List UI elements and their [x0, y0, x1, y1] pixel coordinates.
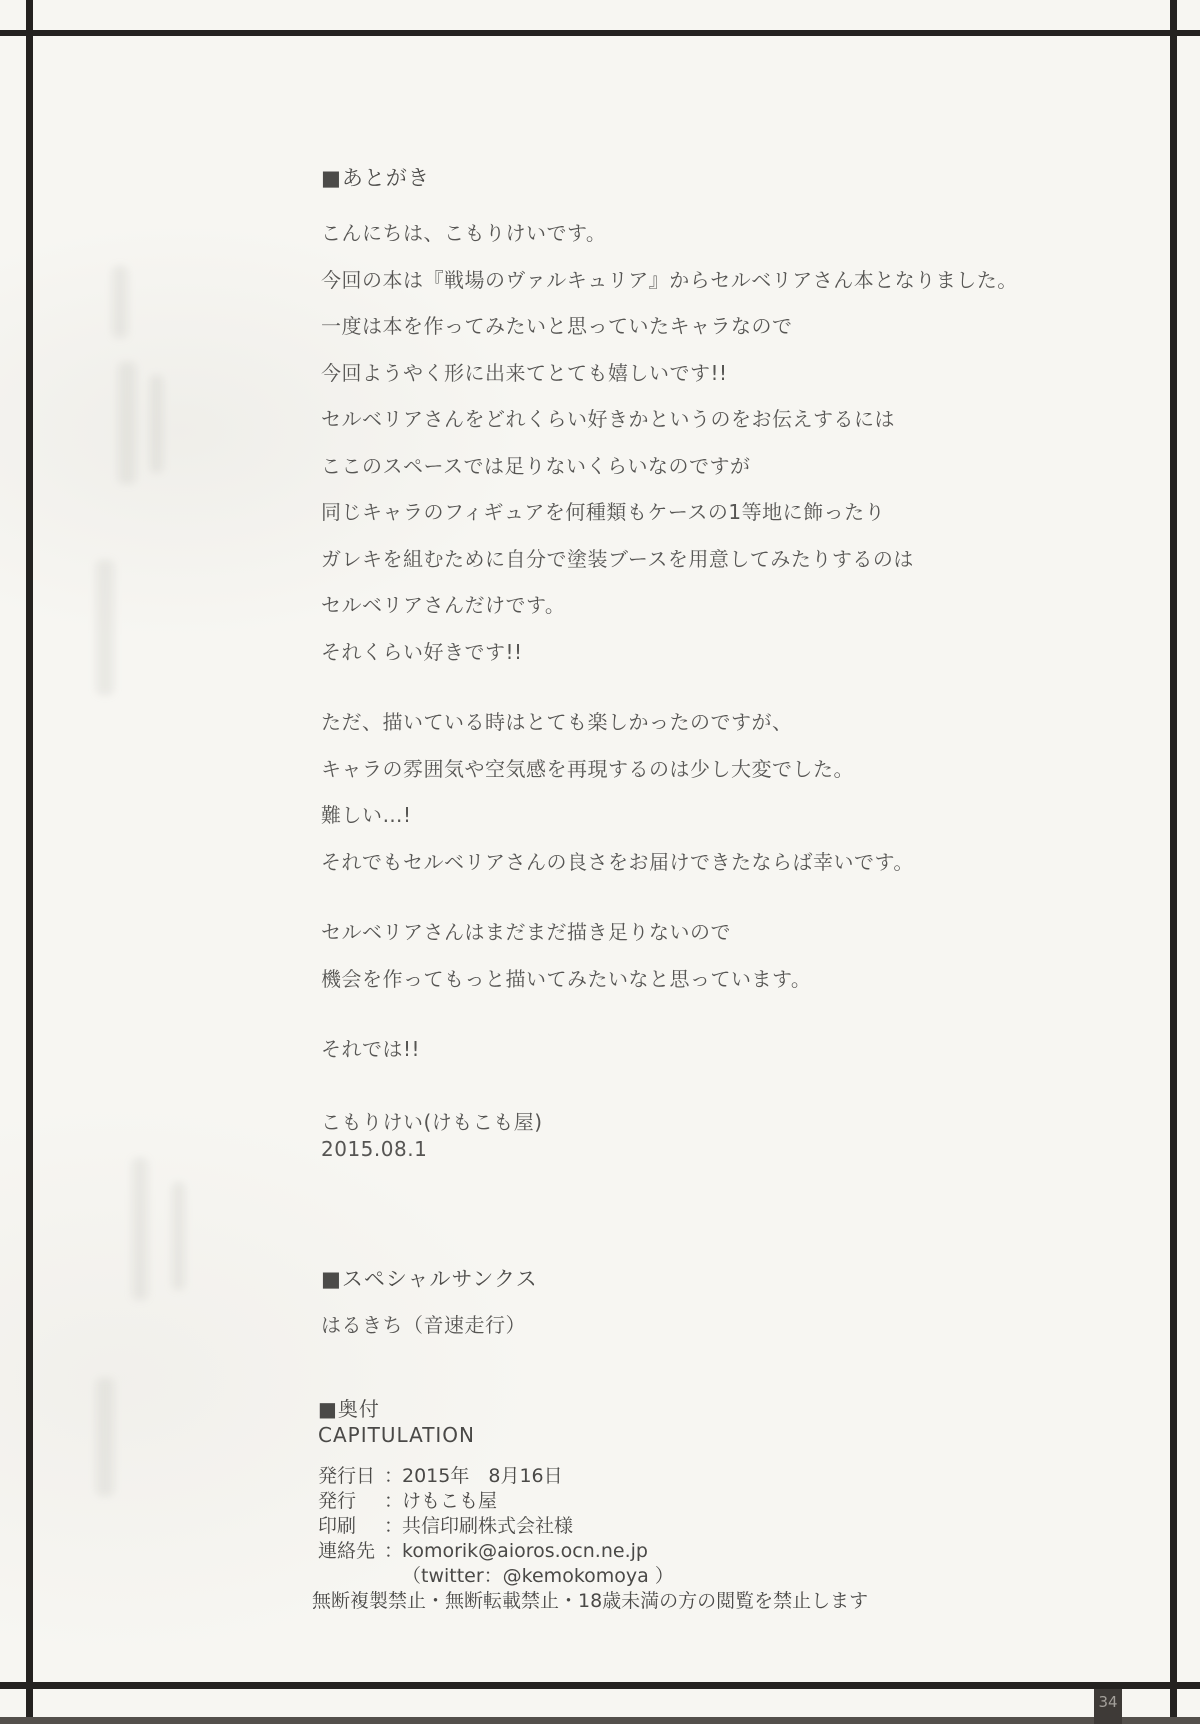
frame-line-right: [1170, 0, 1177, 1724]
colophon-row-twitter: （twitter：@kemokomoya ）: [318, 1564, 958, 1589]
bleed-through-ghosting: [118, 362, 136, 484]
text-line: それくらい好きです!!: [321, 629, 961, 676]
special-thanks-heading: ■スペシャルサンクス: [321, 1262, 921, 1296]
text-line: 同じキャラのフィギュアを何種類もケースの1等地に飾ったり: [321, 489, 961, 536]
colophon-value: けもこも屋: [402, 1490, 497, 1512]
text-line: 今回ようやく形に出来てとても嬉しいです!!: [321, 350, 961, 397]
text-line: セルベリアさんだけです。: [321, 582, 961, 629]
text-line: ガレキを組むために自分で塗装ブースを用意してみたりするのは: [321, 536, 961, 583]
afterword-paragraph-2: ただ、描いている時はとても楽しかったのですが、 キャラの雰囲気や空気感を再現する…: [321, 699, 961, 885]
text-line: それでは!!: [321, 1026, 961, 1073]
frame-line-left: [26, 0, 33, 1724]
colophon-label: 印刷: [318, 1514, 384, 1539]
colophon-value: 2015年 8月16日: [402, 1465, 563, 1487]
text-line: 難しい…!: [321, 792, 961, 839]
copyright-notice: 無断複製禁止・無断転載禁止・18歳未満の方の閲覧を禁止します: [312, 1589, 958, 1614]
colophon-row-printer: 印刷：共信印刷株式会社様: [318, 1514, 958, 1539]
page-bottom-edge: [0, 1717, 1200, 1724]
special-thanks-section: ■スペシャルサンクス はるきち（音速走行）: [321, 1262, 921, 1342]
afterword-heading: ■あとがき: [321, 160, 961, 196]
colophon-row-publish-date: 発行日：2015年 8月16日: [318, 1464, 958, 1489]
text-line: ただ、描いている時はとても楽しかったのですが、: [321, 699, 961, 746]
colophon-row-contact: 連絡先：komorik@aioros.ocn.ne.jp: [318, 1539, 958, 1564]
text-line: 今回の本は『戦場のヴァルキュリア』からセルベリアさん本となりました。: [321, 257, 961, 304]
afterword-closing: それでは!!: [321, 1026, 961, 1073]
colophon-separator: ：: [384, 1539, 402, 1564]
bleed-through-ghosting: [96, 560, 114, 695]
special-thanks-name: はるきち（音速走行）: [321, 1308, 921, 1342]
afterword-paragraph-1: こんにちは、こもりけいです。 今回の本は『戦場のヴァルキュリア』からセルベリアさ…: [321, 210, 961, 675]
text-line: 一度は本を作ってみたいと思っていたキャラなので: [321, 303, 961, 350]
signature-name: こもりけい(けもこも屋): [321, 1109, 961, 1136]
twitter-handle: （twitter：@kemokomoya ）: [318, 1565, 674, 1587]
page-number: 34: [1098, 1693, 1117, 1711]
text-line: キャラの雰囲気や空気感を再現するのは少し大変でした。: [321, 746, 961, 793]
page-number-badge: 34: [1094, 1689, 1122, 1724]
signature-date: 2015.08.1: [321, 1136, 961, 1163]
text-line: セルベリアさんはまだまだ描き足りないので: [321, 909, 961, 956]
afterword-paragraph-3: セルベリアさんはまだまだ描き足りないので 機会を作ってもっと描いてみたいなと思っ…: [321, 909, 961, 1002]
colophon-section: ■奥付 CAPITULATION 発行日：2015年 8月16日 発行：けもこも…: [318, 1396, 958, 1614]
colophon-heading: ■奥付: [318, 1396, 958, 1422]
text-line: セルベリアさんをどれくらい好きかというのをお伝えするには: [321, 396, 961, 443]
colophon-separator: ：: [384, 1514, 402, 1539]
colophon-rows: 発行日：2015年 8月16日 発行：けもこも屋 印刷：共信印刷株式会社様 連絡…: [318, 1464, 958, 1614]
afterword-section: ■あとがき こんにちは、こもりけいです。 今回の本は『戦場のヴァルキュリア』から…: [321, 160, 961, 1163]
colophon-value: komorik@aioros.ocn.ne.jp: [402, 1540, 648, 1562]
text-line: ここのスペースでは足りないくらいなのですが: [321, 443, 961, 490]
bleed-through-ghosting: [112, 266, 128, 338]
text-line: こんにちは、こもりけいです。: [321, 210, 961, 257]
bleed-through-ghosting: [150, 375, 163, 473]
book-title: CAPITULATION: [318, 1422, 958, 1448]
colophon-separator: ：: [384, 1489, 402, 1514]
bleed-through-ghosting: [96, 1378, 114, 1496]
colophon-label: 連絡先: [318, 1539, 384, 1564]
text-line: 機会を作ってもっと描いてみたいなと思っています。: [321, 956, 961, 1003]
colophon-row-publisher: 発行：けもこも屋: [318, 1489, 958, 1514]
bleed-through-ghosting: [172, 1182, 185, 1290]
text-line: それでもセルベリアさんの良さをお届けできたならば幸いです。: [321, 839, 961, 886]
colophon-separator: ：: [384, 1464, 402, 1489]
colophon-value: 共信印刷株式会社様: [402, 1515, 573, 1537]
colophon-label: 発行: [318, 1489, 384, 1514]
author-signature: こもりけい(けもこも屋) 2015.08.1: [321, 1109, 961, 1163]
scanned-doujinshi-page: 34 ■あとがき こんにちは、こもりけいです。 今回の本は『戦場のヴァルキュリア…: [0, 0, 1200, 1724]
bleed-through-ghosting: [132, 1158, 148, 1300]
frame-line-top: [0, 30, 1200, 36]
colophon-label: 発行日: [318, 1464, 384, 1489]
frame-line-bottom: [0, 1682, 1200, 1689]
